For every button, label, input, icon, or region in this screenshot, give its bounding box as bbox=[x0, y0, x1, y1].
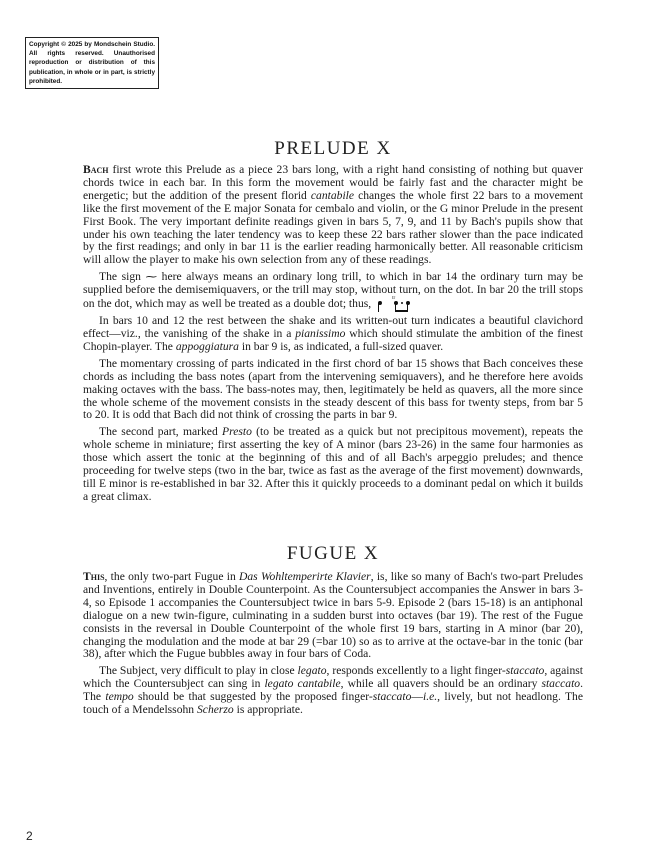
prelude-body: Bach first wrote this Prelude as a piece… bbox=[83, 164, 583, 508]
paragraph: The momentary crossing of parts indicate… bbox=[83, 358, 583, 423]
fugue-title: FUGUE X bbox=[83, 543, 583, 565]
paragraph: The Subject, very difficult to play in c… bbox=[83, 665, 583, 717]
paragraph: The sign ⁓ here always means an ordinary… bbox=[83, 271, 583, 311]
paragraph: Bach first wrote this Prelude as a piece… bbox=[83, 164, 583, 267]
paragraph: In bars 10 and 12 the rest between the s… bbox=[83, 315, 583, 354]
fugue-body: This, the only two-part Fugue in Das Woh… bbox=[83, 571, 583, 721]
music-notation-icon: tr bbox=[376, 297, 414, 311]
copyright-notice: Copyright © 2025 by Mondschein Studio. A… bbox=[25, 37, 159, 89]
lead-word: Bach bbox=[83, 163, 109, 176]
page-number: 2 bbox=[26, 829, 33, 843]
prelude-title: PRELUDE X bbox=[83, 138, 583, 160]
paragraph: This, the only two-part Fugue in Das Woh… bbox=[83, 571, 583, 661]
lead-word: This bbox=[83, 570, 105, 583]
paragraph: The second part, marked Presto (to be tr… bbox=[83, 426, 583, 503]
